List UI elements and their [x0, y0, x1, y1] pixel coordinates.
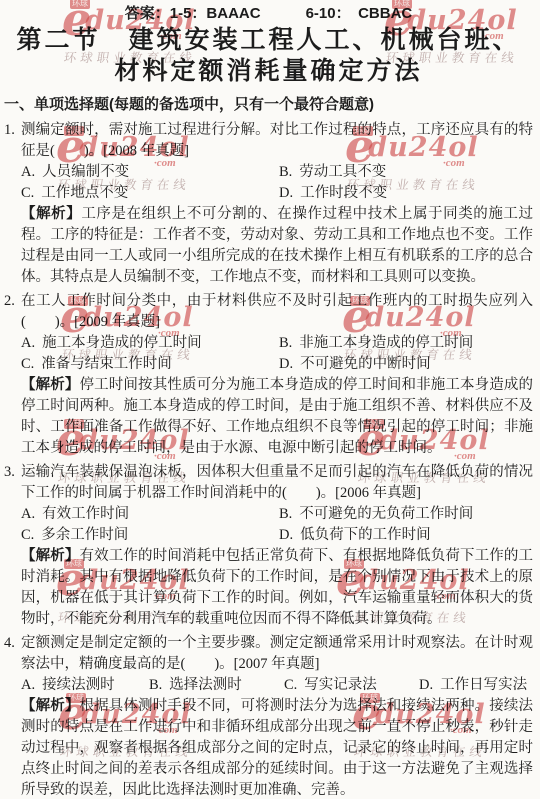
- question-4-analysis: 【解析】根据具体测时手段不同，可将测时法分为选择法和接续法两种。接续法测时的特点…: [21, 696, 533, 799]
- question-4-option-b: B.选择法测时: [149, 675, 284, 696]
- question-3-stem: 运输汽车装载保温泡沫板，因体积大但重量不足而引起的汽车在降低负荷的情况下工作的时…: [21, 462, 533, 504]
- question-1-analysis: 【解析】工序是在组织上不可分割的、在操作过程中技术上属于同类的施工过程。工序的特…: [21, 204, 533, 288]
- question-3-options: A.有效工作时间 B.不可避免的无负荷工作时间 C.多余工作时间 D.低负荷下的…: [21, 504, 533, 546]
- question-3-option-c: C.多余工作时间: [21, 525, 279, 546]
- question-type-heading: 一、单项选择题(每题的备选项中，只有一个最符合题意): [4, 95, 533, 115]
- section-title-line2: 材料定额消耗量确定方法: [114, 58, 422, 85]
- question-3: 3. 运输汽车装载保温泡沫板，因体积大但重量不足而引起的汽车在降低负荷的情况下工…: [4, 462, 533, 630]
- question-2-number: 2.: [4, 291, 15, 312]
- question-1-option-c: C.工作地点不变: [21, 183, 279, 204]
- question-1-options: A.人员编制不变 B.劳动工具不变 C.工作地点不变 D.工作时段不变: [21, 162, 533, 204]
- question-4: 4. 定额测定是制定定额的一个主要步骤。测定定额通常采用计时观察法。在计时观察法…: [4, 633, 533, 799]
- exam-document-page: 环球edu24ol·com环球职业教育在线环球edu24ol·com环球职业教育…: [0, 0, 540, 799]
- analysis-label: 【解析】: [21, 206, 81, 222]
- analysis-text: 停工时间按其性质可分为施工本身造成的停工时间和非施工本身造成的停工时间两种。施工…: [21, 377, 533, 456]
- question-3-option-b: B.不可避免的无负荷工作时间: [279, 504, 533, 525]
- question-4-options: A.接续法测时 B.选择法测时 C.写实记录法 D.工作日写实法: [21, 675, 533, 696]
- question-4-number: 4.: [4, 633, 15, 654]
- question-2-option-b: B.非施工本身造成的停工时间: [279, 333, 533, 354]
- document-content: 答案：1-5：BAAAC 6-10： CBBAC 第二节 建筑安装工程人工、机械…: [0, 0, 540, 799]
- question-3-option-d: D.低负荷下的工作时间: [279, 525, 533, 546]
- question-1-option-d: D.工作时段不变: [279, 183, 533, 204]
- analysis-text: 根据具体测时手段不同，可将测时法分为选择法和接续法两种。接续法测时的特点是在工作…: [21, 698, 533, 798]
- question-4-option-c: C.写实记录法: [284, 675, 419, 696]
- analysis-label: 【解析】: [21, 698, 80, 714]
- question-1-option-a: A.人员编制不变: [21, 162, 279, 183]
- answers-line: 答案：1-5：BAAAC 6-10： CBBAC: [4, 4, 533, 23]
- question-1-stem: 测编定额时，需对施工过程进行分解。对比工作过程的特点，工序还应具有的特征是( )…: [21, 120, 533, 162]
- question-2-option-d: D.不可避免的中断时间: [279, 354, 533, 375]
- question-2-option-a: A.施工本身造成的停工时间: [21, 333, 279, 354]
- question-3-option-a: A.有效工作时间: [21, 504, 279, 525]
- question-1-number: 1.: [4, 120, 15, 141]
- question-4-option-a: A.接续法测时: [21, 675, 149, 696]
- analysis-text: 有效工作的时间消耗中包括正常负荷下、有根据地降低负荷下工作的工时消耗。其中有根据…: [21, 548, 533, 627]
- question-4-option-d: D.工作日写实法: [419, 675, 527, 696]
- question-2-option-c: C.准备与结束工作时间: [21, 354, 279, 375]
- section-title: 第二节 建筑安装工程人工、机械台班、材料定额消耗量确定方法: [4, 25, 533, 87]
- question-2-options: A.施工本身造成的停工时间 B.非施工本身造成的停工时间 C.准备与结束工作时间…: [21, 333, 533, 375]
- analysis-label: 【解析】: [21, 548, 80, 564]
- question-2: 2. 在工人工作时间分类中，由于材料供应不及时引起工作班内的工时损失应列入( )…: [4, 291, 533, 459]
- analysis-text: 工序是在组织上不可分割的、在操作过程中技术上属于同类的施工过程。工序的特征是：工…: [21, 206, 533, 285]
- section-title-line1: 第二节 建筑安装工程人工、机械台班、: [16, 27, 520, 54]
- question-2-stem: 在工人工作时间分类中，由于材料供应不及时引起工作班内的工时损失应列入( )。[2…: [21, 291, 533, 333]
- question-1: 1. 测编定额时，需对施工过程进行分解。对比工作过程的特点，工序还应具有的特征是…: [4, 120, 533, 288]
- question-2-analysis: 【解析】停工时间按其性质可分为施工本身造成的停工时间和非施工本身造成的停工时间两…: [21, 375, 533, 459]
- question-3-analysis: 【解析】有效工作的时间消耗中包括正常负荷下、有根据地降低负荷下工作的工时消耗。其…: [21, 546, 533, 630]
- analysis-label: 【解析】: [21, 377, 80, 393]
- question-4-stem: 定额测定是制定定额的一个主要步骤。测定定额通常采用计时观察法。在计时观察法中，精…: [21, 633, 533, 675]
- question-1-option-b: B.劳动工具不变: [279, 162, 533, 183]
- question-3-number: 3.: [4, 462, 15, 483]
